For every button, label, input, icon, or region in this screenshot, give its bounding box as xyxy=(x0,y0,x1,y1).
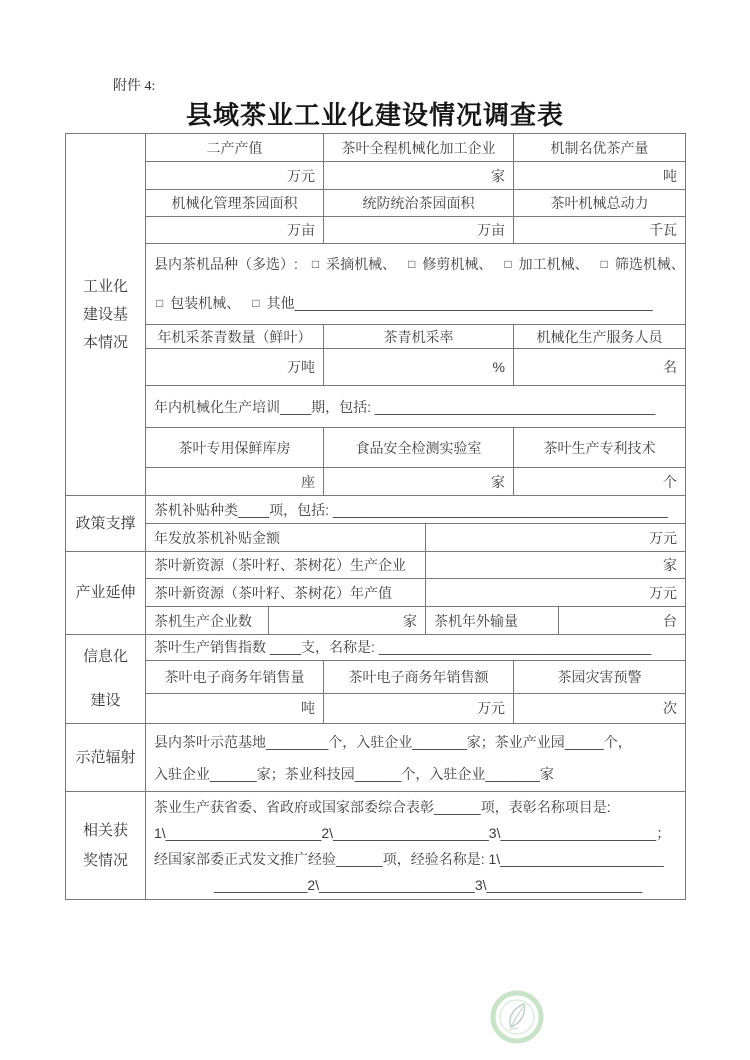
unit-cell: 家 xyxy=(324,162,514,190)
option-pruning-machine: 修剪机械、 xyxy=(422,256,492,272)
unit-cell: 家 xyxy=(426,552,686,579)
section-label-demonstration: 示范辐射 xyxy=(66,724,146,792)
unit-cell: 万元 xyxy=(146,162,324,190)
unit-cell: 万元 xyxy=(426,524,686,552)
unit-cell: % xyxy=(324,349,514,386)
header-food-safety-lab: 食品安全检测实验室 xyxy=(324,428,514,468)
header-fresh-keeping-warehouse: 茶叶专用保鲜库房 xyxy=(146,428,324,468)
page-title: 县域茶业工业化建设情况调查表 xyxy=(0,95,750,132)
unit-cell: 名 xyxy=(514,349,686,386)
header-production-patents: 茶叶生产专利技术 xyxy=(514,428,686,468)
section-label-industry-extension: 产业延伸 xyxy=(66,552,146,635)
checkbox-icon: □ xyxy=(312,257,319,271)
unit-cell: 吨 xyxy=(146,693,324,723)
header-machine-picked-fresh-leaf: 年机采茶青数量（鲜叶） xyxy=(146,325,324,349)
machine-types-row: 县内茶机品种（多选）:□采摘机械、□修剪机械、□加工机械、□筛选机械、 □包装机… xyxy=(146,244,686,325)
unit-cell: 万元 xyxy=(324,693,514,723)
demonstration-bases-row: 县内茶叶示范基地________个，入驻企业_______家；茶业产业园____… xyxy=(146,724,686,792)
unit-cell: 万亩 xyxy=(324,217,514,244)
unit-cell: 万吨 xyxy=(146,349,324,386)
header-machine-made-tea-output: 机制名优茶产量 xyxy=(514,134,686,162)
unit-cell: 座 xyxy=(146,468,324,496)
unit-cell: 万元 xyxy=(426,579,686,607)
label-machine-manufacturers: 茶机生产企业数 xyxy=(146,607,269,635)
option-picking-machine: 采摘机械、 xyxy=(326,256,396,272)
option-packaging-machine: 包装机械、 xyxy=(170,295,240,311)
unit-cell: 吨 xyxy=(514,162,686,190)
subsidy-types-row: 茶机补贴种类____项，包括: ________________________… xyxy=(146,496,686,524)
label-annual-subsidy-amount: 年发放茶机补贴金额 xyxy=(146,524,426,552)
header-mechanized-processing-enterprises: 茶叶全程机械化加工企业 xyxy=(324,134,514,162)
attachment-label: 附件 4: xyxy=(113,75,155,95)
unit-cell: 次 xyxy=(514,693,686,723)
unit-cell: 个 xyxy=(514,468,686,496)
header-managed-garden-area: 机械化管理茶园面积 xyxy=(146,190,324,217)
label-machine-annual-export: 茶机年外输量 xyxy=(426,607,559,635)
header-total-machine-power: 茶叶机械总动力 xyxy=(514,190,686,217)
header-garden-disaster-warning: 茶园灾害预警 xyxy=(514,660,686,693)
section-label-awards: 相关获 奖情况 xyxy=(66,792,146,900)
unit-cell: 千瓦 xyxy=(514,217,686,244)
training-row: 年内机械化生产培训____期，包括: _____________________… xyxy=(146,386,686,428)
unit-cell: 台 xyxy=(559,607,686,635)
header-pest-control-garden-area: 统防统治茶园面积 xyxy=(324,190,514,217)
header-secondary-output: 二产产值 xyxy=(146,134,324,162)
option-screening-machine: 筛选机械、 xyxy=(615,256,685,272)
header-mechanized-service-staff: 机械化生产服务人员 xyxy=(514,325,686,349)
checkbox-icon: □ xyxy=(504,257,511,271)
header-ecommerce-sales-amount: 茶叶电子商务年销售额 xyxy=(324,660,514,693)
checkbox-icon: □ xyxy=(601,257,608,271)
checkbox-icon: □ xyxy=(408,257,415,271)
section-label-informatization: 信息化 建设 xyxy=(66,635,146,724)
unit-cell: 万亩 xyxy=(146,217,324,244)
leaf-seal-watermark-icon xyxy=(489,989,545,1045)
option-other: 其他 xyxy=(267,295,295,311)
header-machine-pick-rate: 茶青机采率 xyxy=(324,325,514,349)
fill-line: ________________________________________… xyxy=(295,295,653,311)
header-ecommerce-sales-volume: 茶叶电子商务年销售量 xyxy=(146,660,324,693)
section-label-industrial-basics: 工业化 建设基 本情况 xyxy=(66,134,146,496)
machine-types-prefix: 县内茶机品种（多选）: xyxy=(154,256,298,272)
checkbox-icon: □ xyxy=(252,296,259,310)
unit-cell: 家 xyxy=(269,607,426,635)
awards-row: 茶业生产获省委、省政府或国家部委综合表彰______项，表彰名称项目是: 1\_… xyxy=(146,792,686,900)
label-new-resource-annual-output: 茶叶新资源（茶叶籽、茶树花）年产值 xyxy=(146,579,426,607)
label-new-resource-enterprises: 茶叶新资源（茶叶籽、茶树花）生产企业 xyxy=(146,552,426,579)
sales-index-row: 茶叶生产销售指数 ____支，名称是: ____________________… xyxy=(146,635,686,661)
option-processing-machine: 加工机械、 xyxy=(519,256,589,272)
checkbox-icon: □ xyxy=(156,296,163,310)
section-label-policy-support: 政策支撑 xyxy=(66,496,146,552)
survey-table: 工业化 建设基 本情况 二产产值 茶叶全程机械化加工企业 机制名优茶产量 万元 … xyxy=(65,133,686,900)
unit-cell: 家 xyxy=(324,468,514,496)
